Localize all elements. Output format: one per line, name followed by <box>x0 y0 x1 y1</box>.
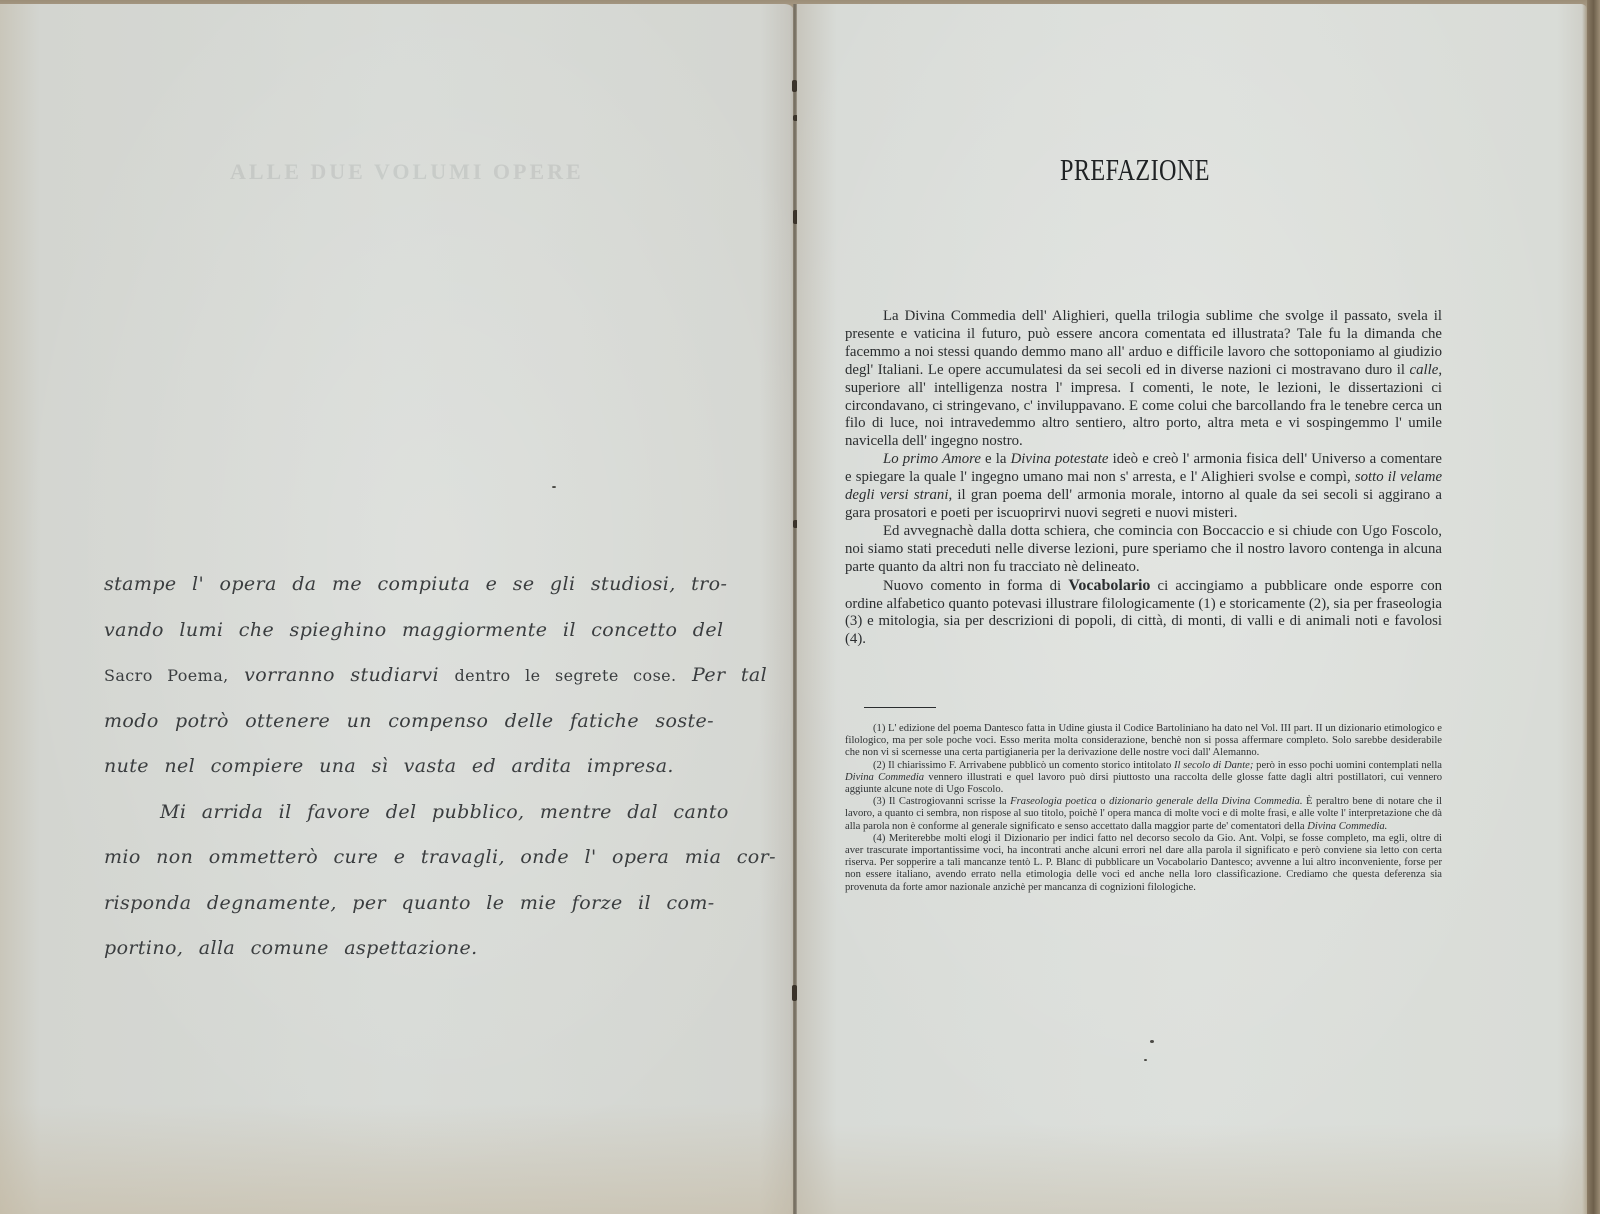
paper-speck <box>1150 1040 1154 1043</box>
text-run: (3) Il Castrogiovanni scrisse la <box>873 796 1010 807</box>
gothic-text: Sacro Poema, <box>104 666 229 685</box>
book-spread: ALLE DUE VOLUMI OPERE stampe l' opera da… <box>0 0 1600 1214</box>
text-run: però in esso pochi uomini contemplati ne… <box>1253 760 1442 771</box>
handwritten-script-block: stampe l' opera da me compiuta e se gli … <box>104 562 714 972</box>
footnote-3: (3) Il Castrogiovanni scrisse la Fraseol… <box>845 796 1442 833</box>
footnote-2: (2) Il chiarissimo F. Arrivabene pubblic… <box>845 760 1442 797</box>
right-page: PREFAZIONE La Divina Commedia dell' Alig… <box>797 4 1587 1214</box>
preface-body: La Divina Commedia dell' Alighieri, quel… <box>845 308 1442 649</box>
paper-speck <box>552 486 556 488</box>
script-line: Mi arrida il favore del pubblico, mentre… <box>104 790 714 836</box>
gothic-text: dentro le segrete cose. <box>454 666 676 685</box>
page-title: PREFAZIONE <box>1060 152 1210 188</box>
italic-run: Divina potestate <box>1011 451 1109 467</box>
script-line: Sacro Poema, vorranno studiarvi dentro l… <box>104 653 714 699</box>
left-page: ALLE DUE VOLUMI OPERE stampe l' opera da… <box>0 4 795 1214</box>
paper-speck <box>1144 1059 1147 1061</box>
italic-run: Il secolo di Dante; <box>1174 760 1253 771</box>
italic-run: Divina Commedia. <box>1307 821 1387 832</box>
footnotes: (1) L' edizione del poema Dantesco fatta… <box>845 723 1442 894</box>
script-line: modo potrò ottenere un compenso delle fa… <box>104 699 714 745</box>
paragraph: Nuovo comento in forma di Vocabolario ci… <box>845 577 1442 650</box>
paragraph: La Divina Commedia dell' Alighieri, quel… <box>845 308 1442 451</box>
text-run: Nuovo comento in forma di <box>883 578 1068 594</box>
paragraph: Lo primo Amore e la Divina potestate ide… <box>845 451 1442 523</box>
script-text: Per tal <box>692 664 767 686</box>
bleed-through-heading: ALLE DUE VOLUMI OPERE <box>230 159 650 185</box>
script-line: vando lumi che spieghino maggiormente il… <box>104 608 714 654</box>
paragraph: Ed avvegnachè dalla dotta schiera, che c… <box>845 523 1442 577</box>
book-edge <box>1587 0 1600 1214</box>
bold-run: Vocabolario <box>1068 577 1150 594</box>
script-line: stampe l' opera da me compiuta e se gli … <box>104 562 714 608</box>
italic-run: Lo primo Amore <box>883 451 981 467</box>
text-run: (2) Il chiarissimo F. Arrivabene pubblic… <box>873 760 1174 771</box>
footnote-1: (1) L' edizione del poema Dantesco fatta… <box>845 723 1442 760</box>
italic-run: calle <box>1410 362 1439 378</box>
text-run: e la <box>981 451 1011 467</box>
italic-run: dizionario generale della Divina Commedi… <box>1109 796 1302 807</box>
italic-run: Divina Commedia <box>845 772 924 783</box>
script-text: vorranno studiarvi <box>244 664 439 686</box>
text-run: o <box>1097 796 1109 807</box>
italic-run: Fraseologia poetica <box>1010 796 1097 807</box>
script-line: mio non ommetterò cure e travagli, onde … <box>104 835 714 881</box>
text-run: La Divina Commedia dell' Alighieri, quel… <box>845 308 1442 378</box>
script-line: risponda degnamente, per quanto le mie f… <box>104 881 714 927</box>
text-run: vennero illustrati e quel lavoro può dir… <box>845 772 1442 795</box>
script-line: portino, alla comune aspettazione. <box>104 926 714 972</box>
script-line: nute nel compiere una sì vasta ed ardita… <box>104 744 714 790</box>
footnote-rule <box>864 707 936 708</box>
footnote-4: (4) Meriterebbe molti elogi il Dizionari… <box>845 833 1442 894</box>
